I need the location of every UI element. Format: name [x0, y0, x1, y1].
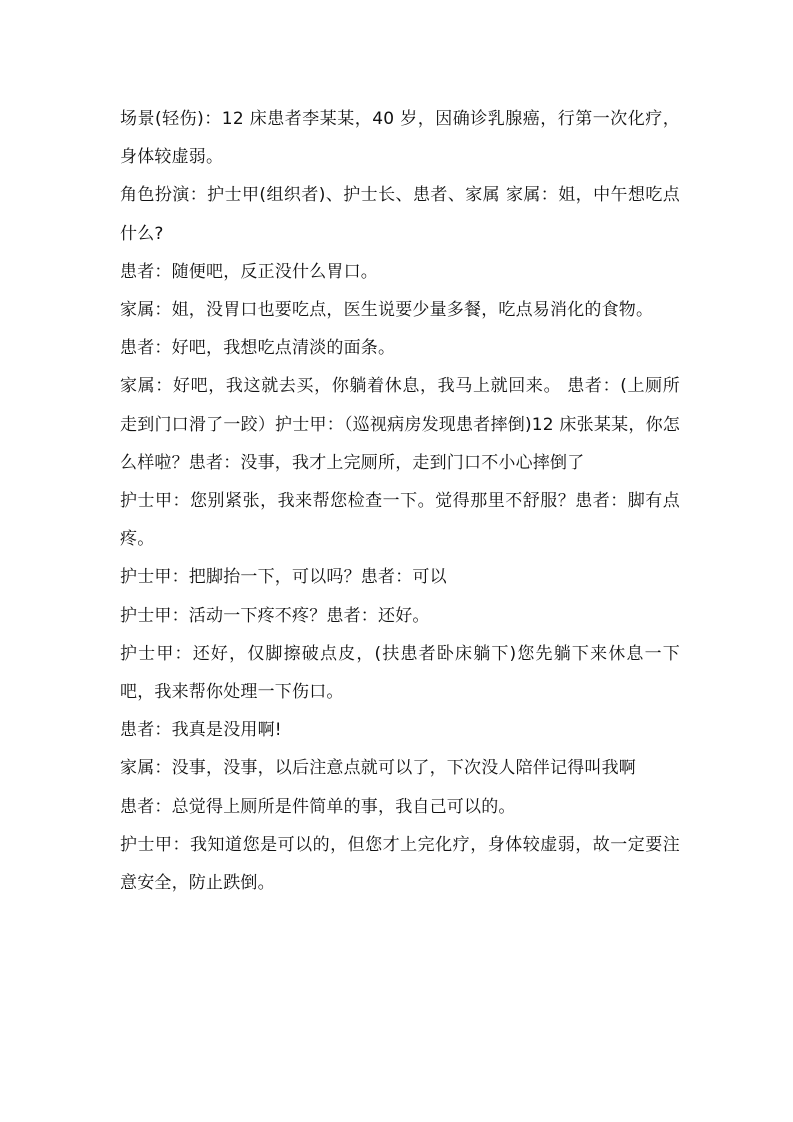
roles-paragraph: 角色扮演：护士甲(组织者)、护士长、患者、家属 家属：姐，中午想吃点什么? — [120, 176, 680, 252]
dialogue-line: 家属：没事，没事，以后注意点就可以了，下次没人陪伴记得叫我啊 — [120, 749, 680, 787]
dialogue-line: 患者：好吧，我想吃点清淡的面条。 — [120, 329, 680, 367]
dialogue-line: 家属：姐，没胃口也要吃点，医生说要少量多餐，吃点易消化的食物。 — [120, 291, 680, 329]
dialogue-line: 护士甲：我知道您是可以的，但您才上完化疗，身体较虚弱，故一定要注意安全，防止跌倒… — [120, 826, 680, 902]
dialogue-line: 患者：我真是没用啊! — [120, 711, 680, 749]
dialogue-line: 患者：总觉得上厕所是件简单的事，我自己可以的。 — [120, 788, 680, 826]
dialogue-line: 家属：好吧，我这就去买，你躺着休息，我马上就回来。 患者：(上厕所走到门口滑了一… — [120, 367, 680, 482]
dialogue-line: 护士甲：您别紧张，我来帮您检查一下。觉得那里不舒服？患者：脚有点疼。 — [120, 482, 680, 558]
scene-paragraph: 场景(轻伤)：12 床患者李某某，40 岁，因确诊乳腺癌，行第一次化疗，身体较虚… — [120, 100, 680, 176]
document-page: 场景(轻伤)：12 床患者李某某，40 岁，因确诊乳腺癌，行第一次化疗，身体较虚… — [120, 100, 680, 902]
dialogue-line: 护士甲：把脚抬一下，可以吗？患者：可以 — [120, 558, 680, 596]
dialogue-line: 护士甲：活动一下疼不疼？患者：还好。 — [120, 597, 680, 635]
dialogue-line: 护士甲：还好，仅脚擦破点皮，(扶患者卧床躺下)您先躺下来休息一下吧，我来帮你处理… — [120, 635, 680, 711]
dialogue-line: 患者：随便吧，反正没什么胃口。 — [120, 253, 680, 291]
